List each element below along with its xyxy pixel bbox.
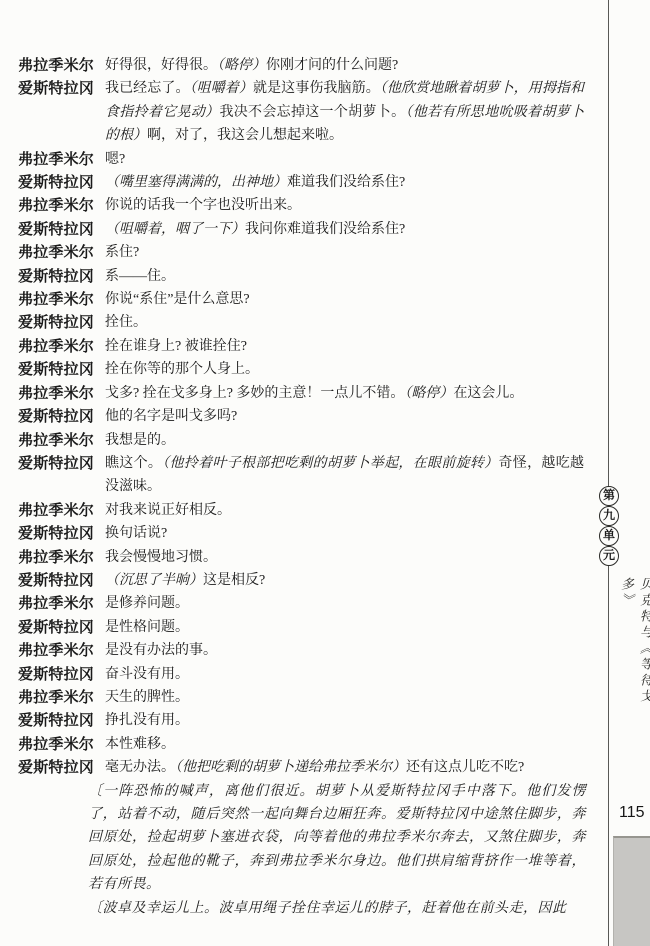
sidebar-divider-line [608, 0, 609, 946]
speech-text: 本性难移。 [105, 733, 584, 756]
dialogue-row: 弗拉季米尔 戈多? 拴在戈多身上? 多妙的主意！一点儿不错。（略停）在这会儿。 [0, 382, 650, 405]
speech-text: （咀嚼着，咽了一下）我问你难道我们没给系住? [105, 218, 584, 241]
speaker-name: 爱斯特拉冈 [18, 522, 98, 545]
speech-text: 是性格问题。 [105, 616, 584, 639]
dialogue-row: 爱斯特拉冈 瞧这个。（他拎着叶子根部把吃剩的胡萝卜举起，在眼前旋转）奇怪，越吃越… [0, 452, 650, 499]
speaker-name: 爱斯特拉冈 [18, 709, 98, 732]
speaker-name: 弗拉季米尔 [18, 54, 98, 77]
speaker-name: 爱斯特拉冈 [18, 756, 98, 779]
dialogue-row: 弗拉季米尔 系住? [0, 241, 650, 264]
speaker-name: 弗拉季米尔 [18, 148, 98, 171]
speech-text: 你说的话我一个字也没听出来。 [105, 194, 584, 217]
page-number: 115 [619, 804, 645, 822]
speaker-name: 爱斯特拉冈 [18, 405, 98, 428]
speech-text: 挣扎没有用。 [105, 709, 584, 732]
dialogue-row: 弗拉季米尔 是修养问题。 [0, 592, 650, 615]
unit-badge-char: 单 [599, 526, 619, 546]
dialogue-row: 爱斯特拉冈 我已经忘了。（咀嚼着）就是这事伤我脑筋。（他欣赏地瞅着胡萝卜，用拇指… [0, 77, 650, 147]
speech-text: 系住? [105, 241, 584, 264]
dialogue-row: 爱斯特拉冈 他的名字是叫戈多吗? [0, 405, 650, 428]
speaker-name: 爱斯特拉冈 [18, 358, 98, 381]
dialogue-row: 爱斯特拉冈 （嘴里塞得满满的，出神地）难道我们没给系住? [0, 171, 650, 194]
unit-badge-char: 九 [599, 506, 619, 526]
dialogue-row: 弗拉季米尔 本性难移。 [0, 733, 650, 756]
dialogue-row: 弗拉季米尔 对我来说正好相反。 [0, 499, 650, 522]
speaker-name: 弗拉季米尔 [18, 546, 98, 569]
dialogue-row: 爱斯特拉冈 毫无办法。（他把吃剩的胡萝卜递给弗拉季米尔）还有这点儿吃不吃? [0, 756, 650, 779]
speaker-name: 弗拉季米尔 [18, 686, 98, 709]
dialogue-list: 弗拉季米尔 好得很，好得很。（略停）你刚才问的什么问题? 爱斯特拉冈 我已经忘了… [0, 54, 650, 920]
speech-text: 系——住。 [105, 265, 584, 288]
speech-text: 我想是的。 [105, 429, 584, 452]
speaker-name: 弗拉季米尔 [18, 194, 98, 217]
dialogue-row: 爱斯特拉冈 拴住。 [0, 311, 650, 334]
speaker-name: 爱斯特拉冈 [18, 452, 98, 499]
speaker-name: 爱斯特拉冈 [18, 265, 98, 288]
speech-text: 你说“系住”是什么意思? [105, 288, 584, 311]
dialogue-row: 弗拉季米尔 你说的话我一个字也没听出来。 [0, 194, 650, 217]
dialogue-row: 弗拉季米尔 好得很，好得很。（略停）你刚才问的什么问题? [0, 54, 650, 77]
speaker-name: 爱斯特拉冈 [18, 311, 98, 334]
speech-text: 我已经忘了。（咀嚼着）就是这事伤我脑筋。（他欣赏地瞅着胡萝卜，用拇指和食指拎着它… [105, 77, 584, 147]
speaker-name: 弗拉季米尔 [18, 382, 98, 405]
dialogue-row: 爱斯特拉冈 拴在你等的那个人身上。 [0, 358, 650, 381]
speaker-name: 弗拉季米尔 [18, 335, 98, 358]
unit-badge-char: 元 [599, 546, 619, 566]
speaker-name: 弗拉季米尔 [18, 241, 98, 264]
speaker-name: 爱斯特拉冈 [18, 569, 98, 592]
speaker-name: 弗拉季米尔 [18, 592, 98, 615]
speech-text: 是没有办法的事。 [105, 639, 584, 662]
unit-badge: 第九单元 [598, 486, 620, 566]
stage-direction: 〔波卓及幸运儿上。波卓用绳子拴住幸运儿的脖子，赶着他在前头走，因此 [88, 897, 586, 920]
dialogue-row: 弗拉季米尔 是没有办法的事。 [0, 639, 650, 662]
lesson-title-vertical: 贝克特与《等待戈多》 [617, 577, 650, 727]
speech-text: 是修养问题。 [105, 592, 584, 615]
speech-text: 对我来说正好相反。 [105, 499, 584, 522]
speaker-name: 弗拉季米尔 [18, 429, 98, 452]
dialogue-row: 爱斯特拉冈 换句话说? [0, 522, 650, 545]
dialogue-row: 爱斯特拉冈 挣扎没有用。 [0, 709, 650, 732]
speech-text: 戈多? 拴在戈多身上? 多妙的主意！一点儿不错。（略停）在这会儿。 [105, 382, 584, 405]
speech-text: 天生的脾性。 [105, 686, 584, 709]
dialogue-row: 弗拉季米尔 我想是的。 [0, 429, 650, 452]
speaker-name: 弗拉季米尔 [18, 499, 98, 522]
dialogue-row: 爱斯特拉冈 （咀嚼着，咽了一下）我问你难道我们没给系住? [0, 218, 650, 241]
dialogue-row: 弗拉季米尔 嗯? [0, 148, 650, 171]
speech-text: 拴住。 [105, 311, 584, 334]
speech-text: 换句话说? [105, 522, 584, 545]
dialogue-row: 爱斯特拉冈 奋斗没有用。 [0, 663, 650, 686]
dialogue-row: 弗拉季米尔 你说“系住”是什么意思? [0, 288, 650, 311]
speech-text: 好得很，好得很。（略停）你刚才问的什么问题? [105, 54, 584, 77]
speech-text: 毫无办法。（他把吃剩的胡萝卜递给弗拉季米尔）还有这点儿吃不吃? [105, 756, 584, 779]
speaker-name: 弗拉季米尔 [18, 288, 98, 311]
speech-text: （沉思了半晌）这是相反? [105, 569, 584, 592]
speaker-name: 爱斯特拉冈 [18, 218, 98, 241]
textbook-page: 弗拉季米尔 好得很，好得很。（略停）你刚才问的什么问题? 爱斯特拉冈 我已经忘了… [0, 0, 650, 946]
speech-text: 瞧这个。（他拎着叶子根部把吃剩的胡萝卜举起，在眼前旋转）奇怪，越吃越没滋味。 [105, 452, 584, 499]
stage-direction: 〔一阵恐怖的喊声，离他们很近。胡萝卜从爱斯特拉冈手中落下。他们发愣了，站着不动，… [88, 780, 586, 897]
speaker-name: 弗拉季米尔 [18, 733, 98, 756]
dialogue-row: 爱斯特拉冈 （沉思了半晌）这是相反? [0, 569, 650, 592]
speaker-name: 爱斯特拉冈 [18, 77, 98, 147]
speaker-name: 爱斯特拉冈 [18, 663, 98, 686]
dialogue-row: 弗拉季米尔 拴在谁身上? 被谁拴住? [0, 335, 650, 358]
speaker-name: 爱斯特拉冈 [18, 616, 98, 639]
page-corner-tab [613, 836, 650, 946]
speech-text: 嗯? [105, 148, 584, 171]
speaker-name: 爱斯特拉冈 [18, 171, 98, 194]
dialogue-row: 弗拉季米尔 天生的脾性。 [0, 686, 650, 709]
dialogue-row: 爱斯特拉冈 是性格问题。 [0, 616, 650, 639]
speech-text: 奋斗没有用。 [105, 663, 584, 686]
speech-text: （嘴里塞得满满的，出神地）难道我们没给系住? [105, 171, 584, 194]
unit-badge-char: 第 [599, 486, 619, 506]
speech-text: 拴在你等的那个人身上。 [105, 358, 584, 381]
dialogue-row: 爱斯特拉冈 系——住。 [0, 265, 650, 288]
dialogue-row: 弗拉季米尔 我会慢慢地习惯。 [0, 546, 650, 569]
speech-text: 我会慢慢地习惯。 [105, 546, 584, 569]
speech-text: 他的名字是叫戈多吗? [105, 405, 584, 428]
speech-text: 拴在谁身上? 被谁拴住? [105, 335, 584, 358]
speaker-name: 弗拉季米尔 [18, 639, 98, 662]
